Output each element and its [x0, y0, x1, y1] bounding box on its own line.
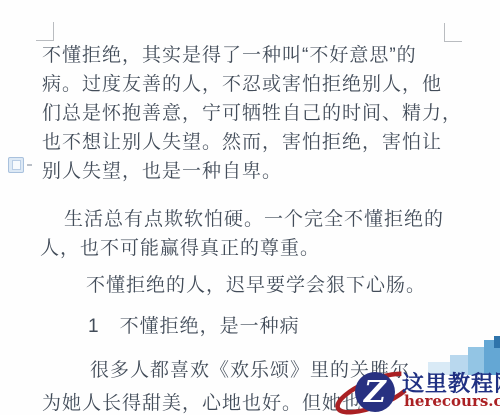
text-line: 生活总有点欺软怕硬。一个完全不懂拒绝的 — [64, 204, 444, 231]
text-line: 为她人长得甜美，心地也好。但她也 — [42, 388, 362, 415]
page-margin-corner-topright-icon — [444, 23, 462, 42]
decoration-bar — [494, 336, 500, 348]
paste-options-icon[interactable] — [8, 157, 24, 173]
page-margin-corner-topleft-icon — [36, 22, 54, 41]
word-document-page[interactable]: 不懂拒绝，其实是得了一种叫“不好意思”的 病。过度友善的人，不忍或害怕拒绝别人，… — [0, 0, 500, 415]
text-line: 不懂拒绝的人，迟早要学会狠下心肠。 — [86, 270, 426, 297]
paste-options-dropdown-dash — [27, 164, 32, 166]
text-line: 们总是怀抱善意，宁可牺牲自己的时间、精力， — [42, 98, 462, 125]
text-line: 人，也不可能赢得真正的尊重。 — [40, 233, 320, 260]
text-line: 不懂拒绝，其实是得了一种叫“不好意思”的 — [42, 40, 417, 67]
text-line: 病。过度友善的人，不忍或害怕拒绝别人，他 — [42, 69, 442, 96]
section-heading-line: 1 不懂拒绝，是一种病 — [88, 311, 300, 338]
logo-letter: Z — [363, 375, 387, 410]
watermark-site-url: herecours.com — [404, 392, 500, 410]
clipboard-sheet-icon — [12, 160, 21, 170]
text-line: 也不想让别人失望。然而，害怕拒绝，害怕让 — [42, 127, 442, 154]
text-line: 别人失望，也是一种自卑。 — [42, 156, 282, 183]
